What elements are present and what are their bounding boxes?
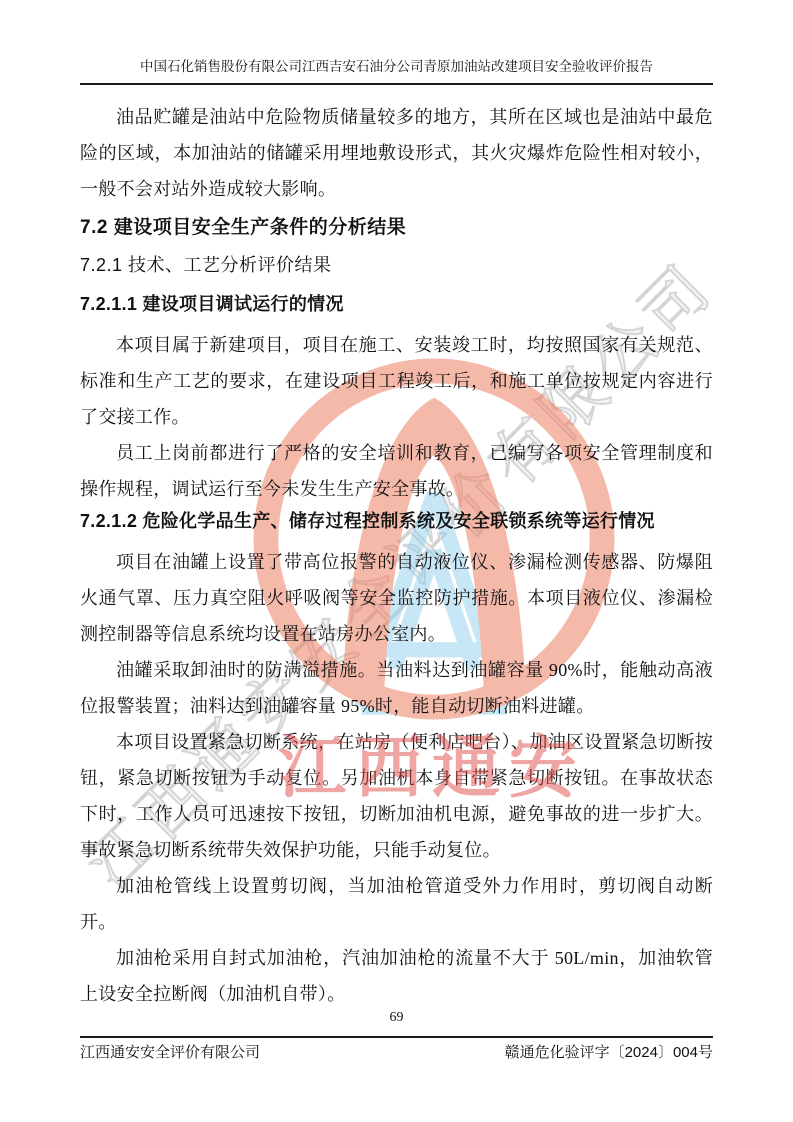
body-paragraph-emergency-stop: 本项目设置紧急切断系统，在站房（便利店吧台）、加油区设置紧急切断按钮，紧急切断按…	[80, 724, 713, 868]
body-paragraph-tank-risk: 油品贮罐是油站中危险物质储量较多的地方，其所在区域也是油站中最危险的区域，本加油…	[80, 99, 713, 207]
body-paragraph-shear-valve: 加油枪管线上设置剪切阀，当加油枪管道受外力作用时，剪切阀自动断开。	[80, 868, 713, 940]
footer-company-name: 江西通安安全评价有限公司	[80, 1043, 260, 1063]
page-number: 69	[80, 1010, 713, 1026]
page-header-title: 中国石化销售股份有限公司江西吉安石油分公司青原加油站改建项目安全验收评价报告	[80, 58, 713, 85]
heading-7-2-1-1: 7.2.1.1 建设项目调试运行的情况	[80, 292, 713, 317]
body-paragraph-training: 员工上岗前都进行了严格的安全培训和教育，已编写各项安全管理制度和操作规程，调试运…	[80, 435, 713, 507]
page-footer: 江西通安安全评价有限公司 赣通危化验评字〔2024〕004号	[80, 1036, 713, 1063]
body-paragraph-monitoring: 项目在油罐上设置了带高位报警的自动液位仪、渗漏检测传感器、防爆阻火通气罩、压力真…	[80, 544, 713, 652]
body-paragraph-nozzle: 加油枪采用自封式加油枪，汽油加油枪的流量不大于 50L/min，加油软管上设安全…	[80, 940, 713, 1012]
heading-7-2-1: 7.2.1 技术、工艺分析评价结果	[80, 253, 713, 278]
body-paragraph-overfill: 油罐采取卸油时的防满溢措施。当油料达到油罐容量 90%时，能触动高液位报警装置；…	[80, 652, 713, 724]
footer-document-number: 赣通危化验评字〔2024〕004号	[505, 1043, 713, 1063]
heading-7-2-1-2: 7.2.1.2 危险化学品生产、储存过程控制系统及安全联锁系统等运行情况	[80, 509, 713, 534]
heading-7-2: 7.2 建设项目安全生产条件的分析结果	[80, 215, 713, 241]
report-page: 江西通安安全评价有限公司 江西通安 中国石化销售股份有限公司江西吉安石油分公司青…	[0, 0, 793, 1122]
document-body: 油品贮罐是油站中危险物质储量较多的地方，其所在区域也是油站中最危险的区域，本加油…	[80, 99, 713, 1012]
body-paragraph-new-project: 本项目属于新建项目，项目在施工、安装竣工时，均按照国家有关规范、标准和生产工艺的…	[80, 327, 713, 435]
